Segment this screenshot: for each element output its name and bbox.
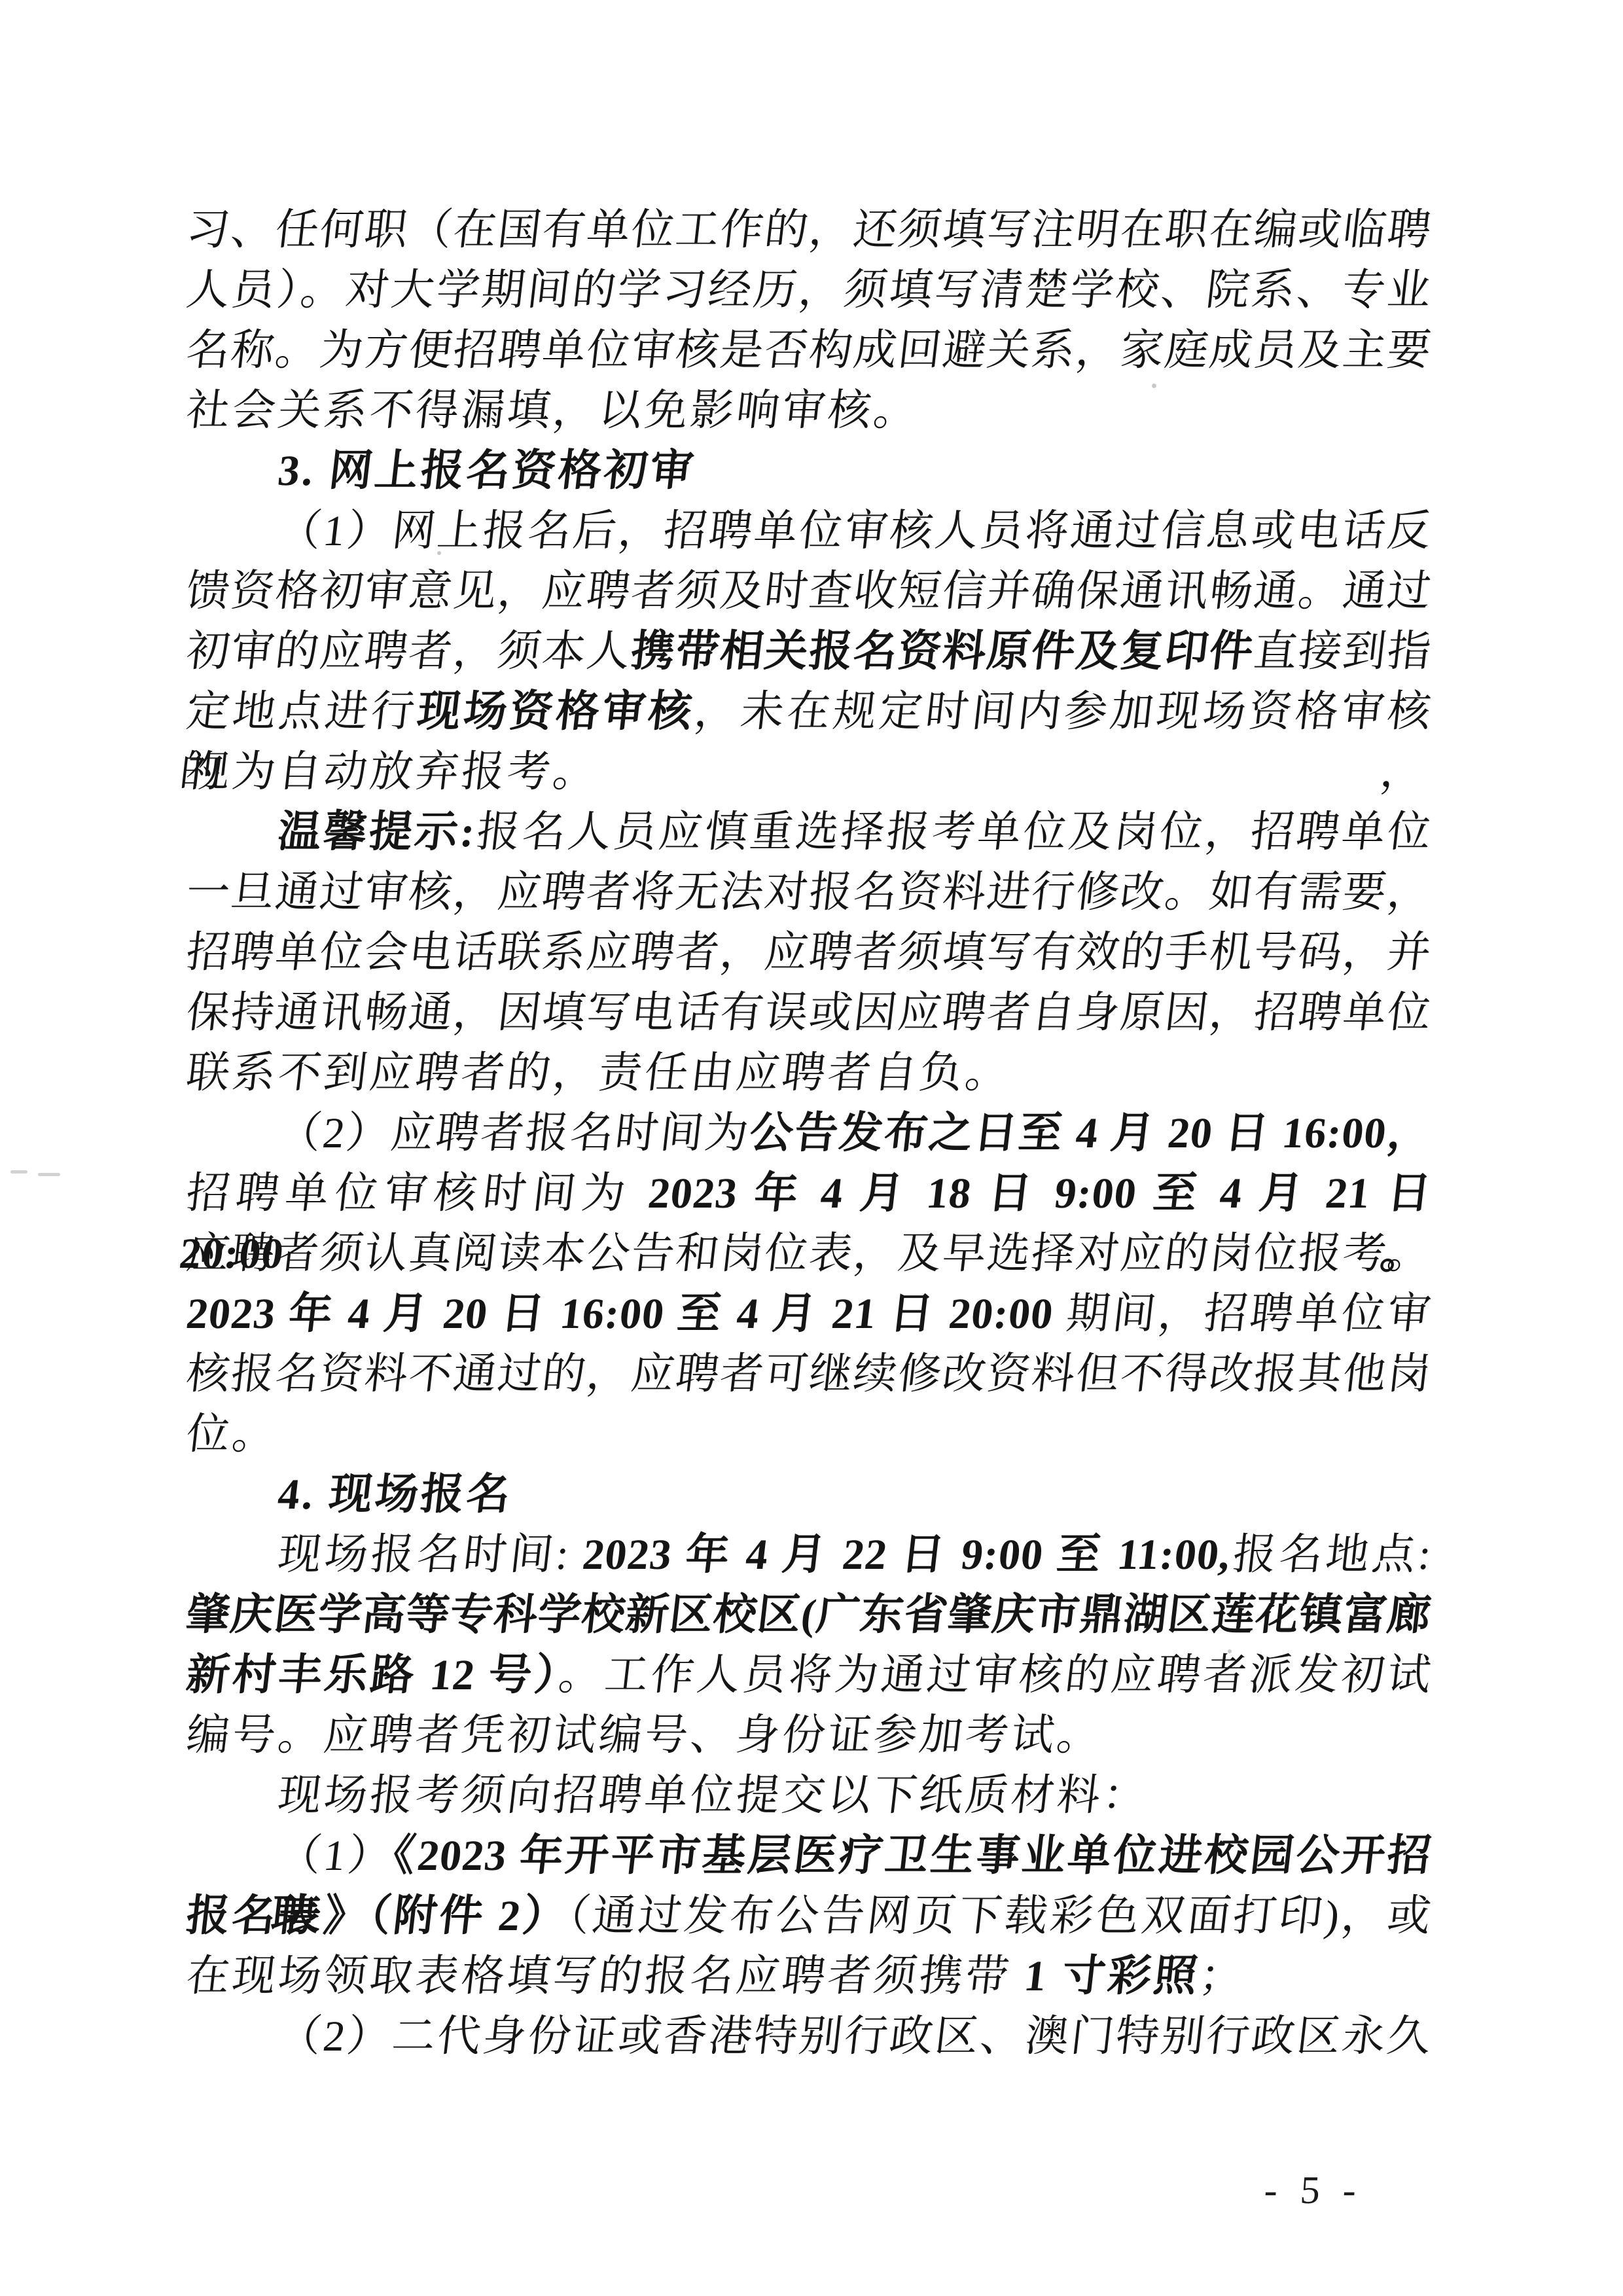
text-line: 名称。为方便招聘单位审核是否构成回避关系，家庭成员及主要	[183, 321, 1435, 381]
text-segment: 在现场领取表格填写的报名应聘者须携带	[184, 1952, 1027, 2000]
bold-text-segment: 4. 现场报名	[276, 1471, 515, 1518]
scan-speck	[1152, 384, 1156, 388]
text-line: （2）二代身份证或香港特别行政区、澳门特别行政区永久	[183, 2007, 1435, 2067]
text-segment: 现场报考须向招聘单位提交以下纸质材料：	[276, 1772, 1151, 1820]
text-line: （2）应聘者报名时间为公告发布之日至 4 月 20 日 16:00，	[183, 1103, 1435, 1164]
text-segment: 视为自动放弃报考。	[184, 748, 601, 796]
text-line: 应聘者须认真阅读本公告和岗位表，及早选择对应的岗位报考。	[183, 1224, 1435, 1284]
text-line: 编号。应聘者凭初试编号、身份证参加考试。	[183, 1706, 1435, 1766]
bold-text-segment: 公告发布之日至 4 月 20 日 16:00，	[747, 1109, 1435, 1157]
text-line: 2023 年 4 月 20 日 16:00 至 4 月 21 日 20:00 期…	[183, 1284, 1435, 1344]
scan-speck	[437, 551, 441, 555]
text-line: 招聘单位审核时间为 2023 年 4 月 18 日 9:00 至 4 月 21 …	[183, 1164, 1435, 1224]
bold-text-segment: 现场资格审核	[415, 688, 698, 736]
text-segment: 招聘单位审核时间为	[184, 1170, 651, 1217]
text-line: 温馨提示:报名人员应慎重选择报考单位及岗位，招聘单位	[183, 802, 1435, 863]
text-segment: 联系不到应聘者的，责任由应聘者自负。	[184, 1049, 1014, 1097]
text-segment: 保持通讯畅通，因填写电话有误或因应聘者自身原因，招聘单位	[184, 989, 1434, 1037]
text-segment: 现场报名时间:	[276, 1531, 586, 1579]
text-segment: （2）二代身份证或香港特别行政区、澳门特别行政区永久	[276, 2013, 1434, 2060]
text-line: 肇庆医学高等专科学校新区校区(广东省肇庆市鼎湖区莲花镇富廊	[183, 1585, 1435, 1645]
text-segment: （1）网上报名后，招聘单位审核人员将通过信息或电话反	[276, 507, 1434, 555]
document-page: { "page": { "number": "- 5 -" }, "docume…	[0, 0, 1623, 2296]
text-segment: 报名人员应慎重选择报考单位及岗位，招聘单位	[473, 808, 1434, 856]
bold-text-segment: 2023 年 4 月 22 日 9:00 至 11:00,	[580, 1531, 1234, 1579]
bold-text-segment: 新村丰乐路 12 号）	[184, 1651, 562, 1699]
text-line: （1）《2023 年开平市基层医疗卫生事业单位进校园公开招聘	[183, 1826, 1435, 1886]
text-segment: 习、任何职（在国有单位工作的，还须填写注明在职在编或临聘	[184, 206, 1434, 254]
bold-text-segment: 1 寸彩照	[1022, 1952, 1202, 2000]
text-line: （1）网上报名后，招聘单位审核人员将通过信息或电话反	[183, 501, 1435, 562]
text-segment: 。工作人员将为通过审核的应聘者派发初试	[556, 1651, 1434, 1699]
text-line: 招聘单位会电话联系应聘者，应聘者须填写有效的手机号码，并	[183, 923, 1435, 983]
text-line: 位。	[183, 1405, 1435, 1465]
text-segment: 核报名资料不通过的，应聘者可继续修改资料但不得改报其他岗	[184, 1350, 1434, 1398]
page-number: - 5 -	[1263, 2168, 1364, 2213]
text-segment: 名称。为方便招聘单位审核是否构成回避关系，家庭成员及主要	[184, 327, 1434, 374]
scan-artifact	[10, 1170, 27, 1174]
text-line: 定地点进行现场资格审核，未在规定时间内参加现场资格审核的，	[183, 682, 1435, 742]
text-segment: 直接到指	[1251, 628, 1434, 675]
bold-text-segment: 携带相关报名资料原件及复印件	[629, 628, 1257, 675]
text-line: 视为自动放弃报考。	[183, 742, 1435, 802]
text-segment: 初审的应聘者，须本人	[184, 628, 634, 675]
text-segment: 招聘单位会电话联系应聘者，应聘者须填写有效的手机号码，并	[184, 929, 1434, 977]
text-line: 新村丰乐路 12 号）。工作人员将为通过审核的应聘者派发初试	[183, 1645, 1435, 1706]
text-line: 社会关系不得漏填，以免影响审核。	[183, 381, 1435, 441]
text-line: 现场报考须向招聘单位提交以下纸质材料：	[183, 1766, 1435, 1826]
text-line: 联系不到应聘者的，责任由应聘者自负。	[183, 1043, 1435, 1103]
text-segment: （通过发布公告网页下载彩色双面打印)，或	[566, 1892, 1435, 1940]
text-line: 3. 网上报名资格初审	[183, 441, 1435, 501]
scan-artifact	[38, 1173, 60, 1176]
text-line: 核报名资料不通过的，应聘者可继续修改资料但不得改报其他岗	[183, 1344, 1435, 1405]
text-segment: 期间，招聘单位审	[1050, 1290, 1434, 1338]
text-line: 报名表》（附件 2）（通过发布公告网页下载彩色双面打印)，或	[183, 1886, 1435, 1946]
scan-speck	[1228, 1649, 1232, 1653]
text-segment: 人员）。对大学期间的学习经历，须填写清楚学校、院系、专业	[184, 266, 1434, 314]
text-segment: ；	[1197, 1952, 1248, 2000]
bold-text-segment: 报名表》（附件 2）	[184, 1892, 571, 1940]
text-line: 初审的应聘者，须本人携带相关报名资料原件及复印件直接到指	[183, 622, 1435, 682]
text-segment: 一旦通过审核，应聘者将无法对报名资料进行修改。如有需要，	[184, 869, 1434, 916]
text-block: 习、任何职（在国有单位工作的，还须填写注明在职在编或临聘人员）。对大学期间的学习…	[187, 200, 1431, 2067]
bold-text-segment: 肇庆医学高等专科学校新区校区(广东省肇庆市鼎湖区莲花镇富廊	[184, 1591, 1434, 1639]
text-segment: 定地点进行	[184, 688, 420, 736]
bold-text-segment: 温馨提示:	[276, 808, 478, 856]
text-segment: 报名地点:	[1228, 1531, 1434, 1579]
text-line: 人员）。对大学期间的学习经历，须填写清楚学校、院系、专业	[183, 260, 1435, 321]
text-segment: 馈资格初审意见，应聘者须及时查收短信并确保通讯畅通。通过	[184, 567, 1434, 615]
text-line: 一旦通过审核，应聘者将无法对报名资料进行修改。如有需要，	[183, 863, 1435, 923]
text-line: 在现场领取表格填写的报名应聘者须携带 1 寸彩照；	[183, 1946, 1435, 2007]
text-segment: （2）应聘者报名时间为	[276, 1109, 753, 1157]
text-line: 4. 现场报名	[183, 1465, 1435, 1525]
text-segment: 编号。应聘者凭初试编号、身份证参加考试。	[184, 1712, 1105, 1759]
text-segment: 应聘者须认真阅读本公告和岗位表，及早选择对应的岗位报考。	[184, 1230, 1434, 1278]
text-line: 习、任何职（在国有单位工作的，还须填写注明在职在编或临聘	[183, 200, 1435, 260]
text-line: 保持通讯畅通，因填写电话有误或因应聘者自身原因，招聘单位	[183, 983, 1435, 1043]
text-line: 现场报名时间: 2023 年 4 月 22 日 9:00 至 11:00,报名地…	[183, 1525, 1435, 1585]
text-segment: 社会关系不得漏填，以免影响审核。	[184, 387, 922, 435]
bold-text-segment: 2023 年 4 月 20 日 16:00 至 4 月 21 日 20:00	[184, 1290, 1056, 1338]
text-segment: 位。	[184, 1410, 281, 1458]
text-line: 馈资格初审意见，应聘者须及时查收短信并确保通讯畅通。通过	[183, 562, 1435, 622]
text-segment: （1）	[276, 1832, 397, 1880]
bold-text-segment: 3. 网上报名资格初审	[276, 447, 698, 495]
